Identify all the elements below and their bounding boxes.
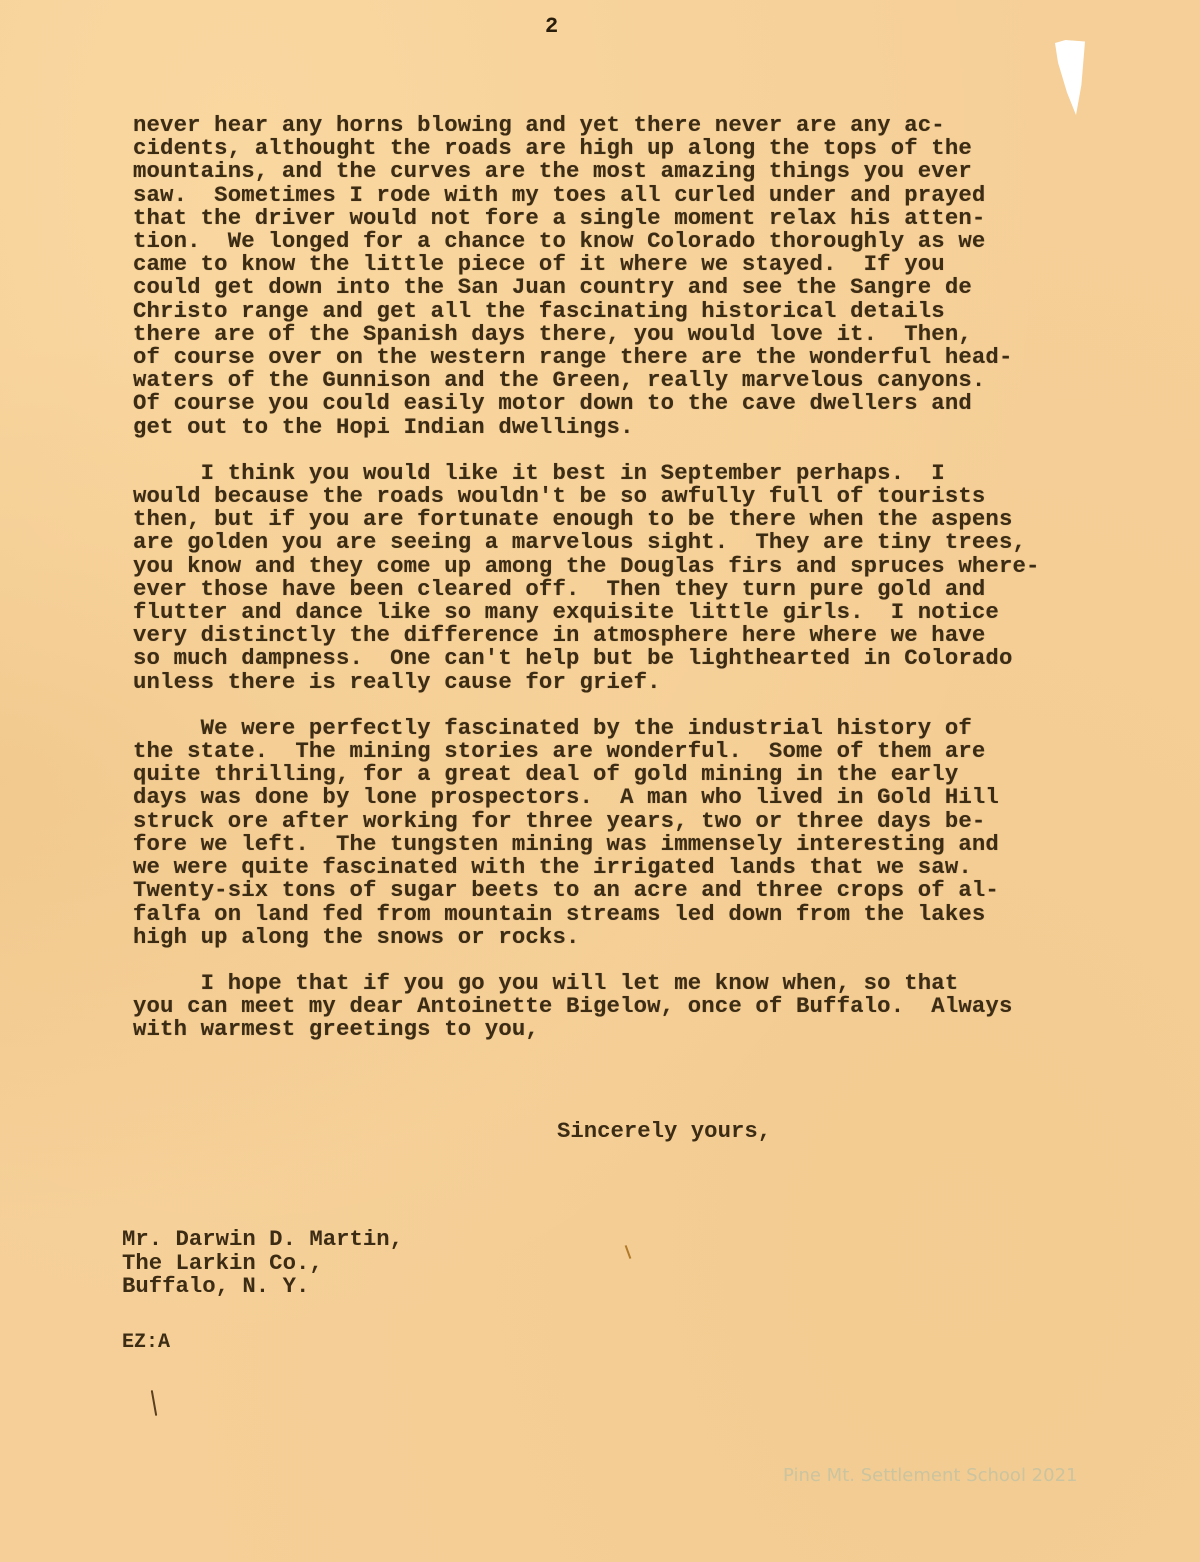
letter-page: 2 never hear any horns blowing and yet t…: [0, 0, 1200, 1562]
text-line: that the driver would not fore a single …: [133, 207, 1093, 230]
paragraph-1: never hear any horns blowing and yet the…: [133, 114, 1093, 439]
text-line: waters of the Gunnison and the Green, re…: [133, 369, 1093, 392]
text-line: then, but if you are fortunate enough to…: [133, 508, 1093, 531]
text-line: are golden you are seeing a marvelous si…: [133, 531, 1093, 554]
recipient-name: Mr. Darwin D. Martin,: [122, 1228, 403, 1252]
text-line: Twenty-six tons of sugar beets to an acr…: [133, 879, 1093, 902]
text-line: never hear any horns blowing and yet the…: [133, 114, 1093, 137]
recipient-address: Mr. Darwin D. Martin, The Larkin Co., Bu…: [122, 1228, 403, 1299]
text-line: flutter and dance like so many exquisite…: [133, 601, 1093, 624]
page-number: 2: [545, 14, 558, 39]
paragraph-3: We were perfectly fascinated by the indu…: [133, 717, 1093, 949]
text-line: Of course you could easily motor down to…: [133, 392, 1093, 415]
text-line: unless there is really cause for grief.: [133, 671, 1093, 694]
text-line: of course over on the western range ther…: [133, 346, 1093, 369]
text-line: came to know the little piece of it wher…: [133, 253, 1093, 276]
text-line: could get down into the San Juan country…: [133, 276, 1093, 299]
text-line: I think you would like it best in Septem…: [133, 462, 1093, 485]
text-line: very distinctly the difference in atmosp…: [133, 624, 1093, 647]
text-line: mountains, and the curves are the most a…: [133, 160, 1093, 183]
paper-fiber-mark: [625, 1245, 632, 1259]
text-line: quite thrilling, for a great deal of gol…: [133, 763, 1093, 786]
paper-tear-mark: [1055, 40, 1085, 115]
text-line: We were perfectly fascinated by the indu…: [133, 717, 1093, 740]
text-line: saw. Sometimes I rode with my toes all c…: [133, 184, 1093, 207]
text-line: high up along the snows or rocks.: [133, 926, 1093, 949]
archive-watermark: Pine Mt. Settlement School 2021: [783, 1465, 1077, 1486]
text-line: there are of the Spanish days there, you…: [133, 323, 1093, 346]
closing-salutation: Sincerely yours,: [557, 1118, 771, 1144]
text-line: fore we left. The tungsten mining was im…: [133, 833, 1093, 856]
text-line: the state. The mining stories are wonder…: [133, 740, 1093, 763]
paragraph-spacer: [133, 439, 1093, 462]
text-line: ever those have been cleared off. Then t…: [133, 578, 1093, 601]
paragraph-2: I think you would like it best in Septem…: [133, 462, 1093, 694]
paper-fiber-mark: [151, 1390, 157, 1416]
paragraph-4: I hope that if you go you will let me kn…: [133, 972, 1093, 1042]
text-line: with warmest greetings to you,: [133, 1018, 1093, 1041]
text-line: Christo range and get all the fascinatin…: [133, 300, 1093, 323]
text-line: so much dampness. One can't help but be …: [133, 647, 1093, 670]
text-line: we were quite fascinated with the irriga…: [133, 856, 1093, 879]
text-line: cidents, althought the roads are high up…: [133, 137, 1093, 160]
text-line: falfa on land fed from mountain streams …: [133, 903, 1093, 926]
text-line: struck ore after working for three years…: [133, 810, 1093, 833]
recipient-city: Buffalo, N. Y.: [122, 1275, 403, 1299]
text-line: get out to the Hopi Indian dwellings.: [133, 416, 1093, 439]
paragraph-spacer: [133, 694, 1093, 717]
text-line: would because the roads wouldn't be so a…: [133, 485, 1093, 508]
text-line: tion. We longed for a chance to know Col…: [133, 230, 1093, 253]
text-line: you can meet my dear Antoinette Bigelow,…: [133, 995, 1093, 1018]
letter-body: never hear any horns blowing and yet the…: [133, 114, 1093, 1042]
paragraph-spacer: [133, 949, 1093, 972]
text-line: days was done by lone prospectors. A man…: [133, 786, 1093, 809]
text-line: you know and they come up among the Doug…: [133, 555, 1093, 578]
recipient-company: The Larkin Co.,: [122, 1252, 403, 1276]
reference-initials: EZ:A: [122, 1331, 170, 1354]
text-line: I hope that if you go you will let me kn…: [133, 972, 1093, 995]
